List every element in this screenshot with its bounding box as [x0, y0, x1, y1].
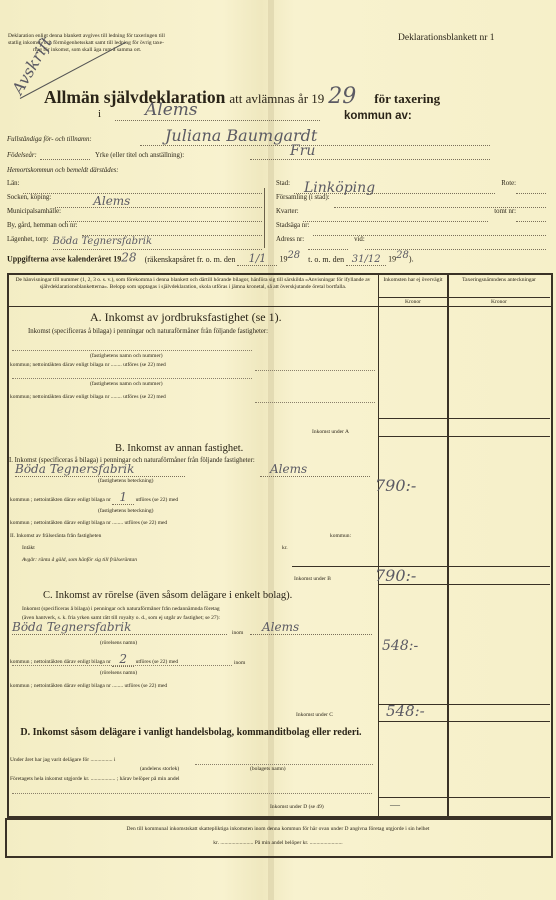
address-divider: [264, 188, 265, 248]
period-from-day[interactable]: 1/1: [237, 252, 277, 266]
section-c-title: C. Inkomst av rörelse (även såsom deläga…: [43, 590, 292, 601]
address-row-lagenhet: Lägenhet, torp:Böda Tegnersfabrik: [7, 236, 262, 250]
section-b-row2: kommun ; nettointäkten därav enligt bila…: [10, 520, 167, 526]
col2-title: Taxeringsnämndens anteckningar: [449, 277, 549, 284]
address-left: Län: Socken, köping:Alems Municipalsamhä…: [7, 180, 262, 250]
section-c-business1[interactable]: Böda Tegnersfabrik: [12, 620, 227, 635]
section-a-total[interactable]: [378, 436, 550, 437]
section-b-property1-place[interactable]: Alems: [260, 462, 370, 477]
col1-divider: [378, 273, 379, 816]
birth-year-field[interactable]: [40, 158, 90, 160]
col1-unit: Kronor: [380, 299, 446, 305]
section-b-title: B. Inkomst av annan fastighet.: [115, 443, 243, 454]
section-b-total[interactable]: 790:-: [375, 566, 416, 585]
col1-title: Inkomsten har ej övervägit: [380, 277, 446, 284]
address-row-stad: Stad:LinköpingRote:: [276, 180, 546, 194]
section-d-title: D. Inkomst såsom delägare i vanligt hand…: [10, 726, 372, 739]
address-row-adress: Adress nr:vid:: [276, 236, 546, 250]
section-a-title: A. Inkomst av jordbruksfastighet (se 1).: [90, 310, 282, 325]
address-row-forsamling: Församling (i stad):: [276, 194, 546, 208]
section-b-fralse: II. Inkomst av frälseränta från fastighe…: [10, 533, 101, 539]
section-c-row2: kommun ; nettointäkten därav enligt bila…: [10, 683, 167, 689]
address-row-municipal: Municipalsamhälle:: [7, 208, 262, 222]
period-year[interactable]: 28: [121, 251, 136, 265]
section-b-amount1[interactable]: 790:-: [375, 476, 416, 495]
section-a-amount2[interactable]: [255, 402, 375, 403]
section-d-row2: Företagets hela inkomst utgjorde kr. ...…: [10, 776, 180, 782]
footer-box: [5, 818, 553, 858]
address-right: Stad:LinköpingRote: Församling (i stad):…: [276, 180, 546, 250]
footer-line2: kr. ........................ På min ande…: [8, 840, 548, 846]
footer-line1: Den till kommunal inkomstskatt skattepli…: [8, 826, 548, 832]
section-c-total[interactable]: 548:-: [386, 702, 425, 720]
municipality-field[interactable]: Alems: [115, 100, 320, 121]
handwritten-year: 29: [328, 84, 356, 109]
section-a-row2: kommun; nettointäkten därav enligt bilag…: [10, 394, 166, 400]
form-number: Deklarationsblankett nr 1: [398, 33, 495, 43]
address-row-kvarter: Kvarter:tomt nr:: [276, 208, 546, 222]
section-d-total[interactable]: —: [390, 800, 400, 811]
table-instructions: De hänvisningar till nummer (1, 2, 3 o. …: [12, 277, 374, 291]
col2-unit: Kronor: [449, 299, 549, 305]
section-d-row1: Under året har jag varit delägare för ..…: [10, 757, 115, 763]
occupation-field[interactable]: Fru: [250, 143, 490, 160]
address-row-stadsaga: Stadsäga nr:: [276, 222, 546, 236]
section-a-amount1[interactable]: [255, 370, 375, 371]
section-a-intro: Inkomst (specificeras å bilaga) i pennin…: [28, 328, 268, 335]
period-line: Uppgifterna avse kalenderåret 1928 (räke…: [7, 250, 414, 266]
address-row-lan: Län:: [7, 180, 262, 194]
section-b-row1: kommun ; nettointäkten därav enligt bila…: [10, 490, 178, 505]
header-separator: [7, 306, 551, 307]
col2-divider: [447, 273, 449, 816]
section-a-row1: kommun; nettointäkten därav enligt bilag…: [10, 362, 166, 368]
period-to-day[interactable]: 31/12: [346, 254, 386, 266]
address-row-by: By, gård, hemman och nr:: [7, 222, 262, 236]
section-b-bilaga1[interactable]: 1: [112, 490, 134, 505]
section-c-amount1[interactable]: 548:-: [382, 638, 418, 654]
section-c-business1-place[interactable]: Alems: [250, 620, 372, 635]
section-b-avgar: Avgår: ränta å gäld, som hänför sig till…: [22, 557, 137, 563]
address-row-socken: Socken, köping:Alems: [7, 194, 262, 208]
section-b-property1[interactable]: Böda Tegnersfabrik: [15, 462, 185, 477]
